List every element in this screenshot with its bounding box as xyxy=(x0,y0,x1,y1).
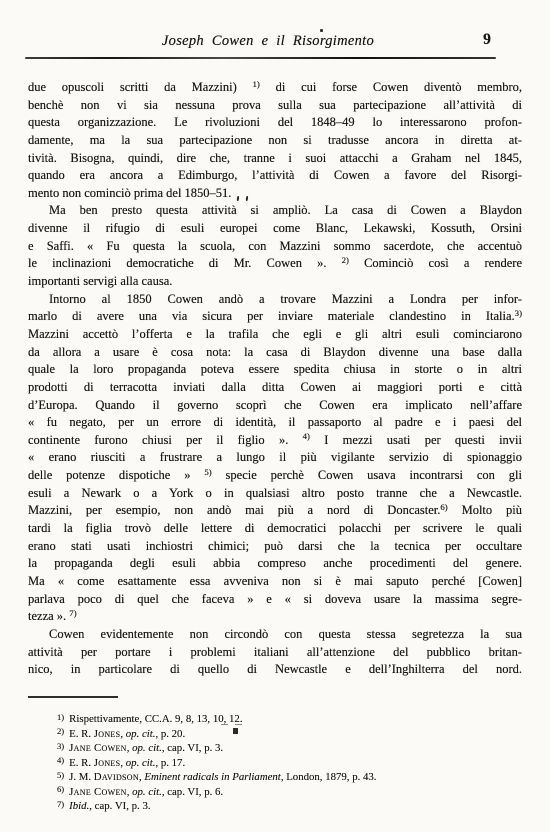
text-line: nico, in particolare di quello di Newcas… xyxy=(28,661,522,679)
italic-text: Eminent radicals in Parliament xyxy=(144,771,280,783)
text-line: Cowen evidentemente non circondò con que… xyxy=(28,626,522,644)
footnote-ref: 4) xyxy=(303,432,310,442)
footnote-number: 1) xyxy=(57,712,64,722)
footnotes: 1)Rispettivamente, CC.A. 9, 8, 13, 10, 1… xyxy=(28,712,522,814)
paragraph: Intorno al 1850 Cowen andò a trovare Maz… xyxy=(28,291,522,626)
text-segment: due opuscoli scritti da Mazzini) xyxy=(28,80,253,94)
text-segment: prodotti di terracotta inviati dalla dit… xyxy=(28,380,522,394)
text-segment: E. R. xyxy=(69,728,94,740)
scan-artifact xyxy=(221,724,228,725)
text-segment: J. M. xyxy=(69,771,94,783)
text-line: importanti servigi alla causa. xyxy=(28,273,522,291)
text-segment: di cui forse Cowen diventò membro, xyxy=(260,80,522,94)
text-segment: attività per portare i problemi italiani… xyxy=(28,645,522,659)
text-line: questa organizzazione. Le rivoluzioni de… xyxy=(28,114,522,132)
text-line: « erano riusciti a frustrare a lungo il … xyxy=(28,449,522,467)
text-segment: , p. 17. xyxy=(155,757,185,769)
text-segment: « fu negato, per un errore di identità, … xyxy=(28,415,522,429)
body-text: due opuscoli scritti da Mazzini) 1) di c… xyxy=(28,79,522,679)
footnote-item: 7)Ibid., cap. VI, p. 3. xyxy=(28,799,522,814)
paragraph: Cowen evidentemente non circondò con que… xyxy=(28,626,522,679)
smallcaps-name: Jane Cowen xyxy=(69,742,127,754)
text-segment: Intorno al 1850 Cowen andò a trovare Maz… xyxy=(49,292,522,306)
paragraph: Ma ben presto questa attività si ampliò.… xyxy=(28,202,522,290)
text-segment: marlo di avere una via sicura per inviar… xyxy=(28,309,515,323)
text-segment: quale la loro propaganda poteva essere s… xyxy=(28,362,522,376)
text-segment: , cap. VI, p. 6. xyxy=(162,786,223,798)
footnote-number: 3) xyxy=(57,741,64,751)
footnote-item: 1)Rispettivamente, CC.A. 9, 8, 13, 10, 1… xyxy=(28,712,522,727)
text-segment: Ma « come esattamente essa avveniva non … xyxy=(28,574,522,588)
text-segment: questa organizzazione. Le rivoluzioni de… xyxy=(28,115,522,129)
footnote-ref: 2) xyxy=(342,255,349,265)
text-line: delle potenze dispotiche » 5) specie per… xyxy=(28,467,522,485)
text-segment: damente, ma la sua partecipazione non si… xyxy=(28,133,522,147)
italic-text: op. cit. xyxy=(126,757,156,769)
smallcaps-name: Jones xyxy=(94,728,121,740)
text-line: « fu negato, per un errore di identità, … xyxy=(28,414,522,432)
text-segment: Mazzini, per esempio, non andò mai più a… xyxy=(28,503,440,517)
footnote-ref: 1) xyxy=(253,79,260,89)
text-segment: parlava poco di quel che faceva » e « si… xyxy=(28,592,522,606)
footnote-item: 2)E. R. Jones, op. cit., p. 20. xyxy=(28,727,522,742)
scan-artifact xyxy=(233,728,238,734)
text-segment: da allora a usare è cosa nota: la casa d… xyxy=(28,345,522,359)
smallcaps-name: Davidson xyxy=(94,771,139,783)
text-line: quale la loro propaganda poteva essere s… xyxy=(28,361,522,379)
text-line: parlava poco di quel che faceva » e « si… xyxy=(28,591,522,609)
text-line: tardi la figlia trovò delle lettere di d… xyxy=(28,520,522,538)
text-segment: importanti servigi alla causa. xyxy=(28,274,172,288)
text-line: tività. Bisogna, quindi, dire che, trann… xyxy=(28,150,522,168)
text-segment: esuli a Newark o a York o in qualsiasi a… xyxy=(28,486,522,500)
smallcaps-name: Jane Cowen xyxy=(69,786,127,798)
text-segment: erano stati usati inchiostri chimici; pu… xyxy=(28,539,522,553)
text-line: la propaganda degli esuli abbia compreso… xyxy=(28,555,522,573)
text-segment: mento non cominciò prima del 1850–51. xyxy=(28,186,231,200)
page-number: 9 xyxy=(477,31,497,49)
text-segment: divenne il rifugio di esuli europei come… xyxy=(28,221,522,235)
footnote-item: 6)Jane Cowen, op. cit., cap. VI, p. 6. xyxy=(28,785,522,800)
smallcaps-name: Jones xyxy=(94,757,121,769)
text-segment: « erano riusciti a frustrare a lungo il … xyxy=(28,450,522,464)
footnote-number: 4) xyxy=(57,756,64,766)
text-segment: , cap. VI, p. 3. xyxy=(89,800,150,812)
footnote-item: 3)Jane Cowen, op. cit., cap. VI, p. 3. xyxy=(28,741,522,756)
text-line: Ma ben presto questa attività si ampliò.… xyxy=(28,202,522,220)
text-line: e Saffi. « Fu questa la scuola, con Mazz… xyxy=(28,238,522,256)
text-line: le inclinazioni democratiche di Mr. Cowe… xyxy=(28,255,522,273)
footnote-number: 6) xyxy=(57,785,64,795)
text-line: marlo di avere una via sicura per inviar… xyxy=(28,308,522,326)
text-segment: delle potenze dispotiche » xyxy=(28,468,204,482)
text-line: damente, ma la sua partecipazione non si… xyxy=(28,132,522,150)
text-line: Mazzini, per esempio, non andò mai più a… xyxy=(28,502,522,520)
text-line: quando era ancora a Edimburgo, l’attivit… xyxy=(28,167,522,185)
text-segment: e Saffi. « Fu questa la scuola, con Mazz… xyxy=(28,239,522,253)
book-page: Joseph Cowen e il Risorgimento 9 due opu… xyxy=(0,0,550,832)
text-segment: , p. 20. xyxy=(155,728,185,740)
footnote-item: 5)J. M. Davidson, Eminent radicals in Pa… xyxy=(28,770,522,785)
text-segment: continente furono chiusi per il figlio »… xyxy=(28,433,303,447)
header-rule xyxy=(25,57,496,59)
text-segment: Cowen evidentemente non circondò con que… xyxy=(49,627,522,641)
text-line: erano stati usati inchiostri chimici; pu… xyxy=(28,538,522,556)
text-line: attività per portare i problemi italiani… xyxy=(28,644,522,662)
footnote-ref: 5) xyxy=(204,467,211,477)
italic-text: op. cit. xyxy=(132,786,162,798)
text-segment: Molto più xyxy=(448,503,522,517)
text-segment: specie perchè Cowen usava incontrarsi co… xyxy=(212,468,522,482)
text-segment: nico, in particolare di quello di Newcas… xyxy=(28,662,522,676)
text-segment: I mezzi usati per questi invii xyxy=(310,433,522,447)
text-segment: d’Europa. Quando il governo scoprì che C… xyxy=(28,398,522,412)
footnote-ref: 6) xyxy=(440,502,447,512)
text-segment: quando era ancora a Edimburgo, l’attivit… xyxy=(28,168,522,182)
scan-artifact xyxy=(235,724,242,725)
text-segment: tività. Bisogna, quindi, dire che, trann… xyxy=(28,151,522,165)
text-line: due opuscoli scritti da Mazzini) 1) di c… xyxy=(28,79,522,97)
text-segment: , London, 1879, p. 43. xyxy=(281,771,377,783)
text-line: continente furono chiusi per il figlio »… xyxy=(28,432,522,450)
text-segment: le inclinazioni democratiche di Mr. Cowe… xyxy=(28,256,342,270)
text-segment: tardi la figlia trovò delle lettere di d… xyxy=(28,521,522,535)
text-line: Intorno al 1850 Cowen andò a trovare Maz… xyxy=(28,291,522,309)
text-line: tezza ». 7) xyxy=(28,608,522,626)
scan-artifact xyxy=(320,29,323,32)
text-line: benchè non vi sia nessuna prova sulla su… xyxy=(28,97,522,115)
text-line: mento non cominciò prima del 1850–51. xyxy=(28,185,522,203)
text-segment: benchè non vi sia nessuna prova sulla su… xyxy=(28,98,522,112)
text-segment: Cominciò così a rendere xyxy=(349,256,522,270)
footnote-number: 5) xyxy=(57,770,64,780)
footnote-number: 2) xyxy=(57,727,64,737)
text-segment: E. R. xyxy=(69,757,94,769)
text-line: prodotti di terracotta inviati dalla dit… xyxy=(28,379,522,397)
text-line: Mazzini accettò l’offerta e la trafila c… xyxy=(28,326,522,344)
text-segment: Mazzini accettò l’offerta e la trafila c… xyxy=(28,327,522,341)
italic-text: op. cit. xyxy=(132,742,162,754)
text-segment: tezza ». xyxy=(28,609,69,623)
footnote-rule xyxy=(28,696,118,698)
text-line: esuli a Newark o a York o in qualsiasi a… xyxy=(28,485,522,503)
paragraph: due opuscoli scritti da Mazzini) 1) di c… xyxy=(28,79,522,202)
text-segment: Ma ben presto questa attività si ampliò.… xyxy=(49,203,522,217)
text-line: Ma « come esattamente essa avveniva non … xyxy=(28,573,522,591)
text-line: d’Europa. Quando il governo scoprì che C… xyxy=(28,397,522,415)
italic-text: op. cit. xyxy=(126,728,156,740)
text-line: da allora a usare è cosa nota: la casa d… xyxy=(28,344,522,362)
footnote-item: 4)E. R. Jones, op. cit., p. 17. xyxy=(28,756,522,771)
italic-text: Ibid. xyxy=(69,800,89,812)
footnote-ref: 7) xyxy=(69,608,76,618)
running-title: Joseph Cowen e il Risorgimento xyxy=(0,33,536,50)
footnote-number: 7) xyxy=(57,799,64,809)
footnote-ref: 3) xyxy=(515,308,522,318)
text-segment: Rispettivamente, CC.A. 9, 8, 13, 10, 12. xyxy=(69,713,242,725)
text-line: divenne il rifugio di esuli europei come… xyxy=(28,220,522,238)
text-segment: , cap. VI, p. 3. xyxy=(162,742,223,754)
text-segment: la propaganda degli esuli abbia compreso… xyxy=(28,556,522,570)
